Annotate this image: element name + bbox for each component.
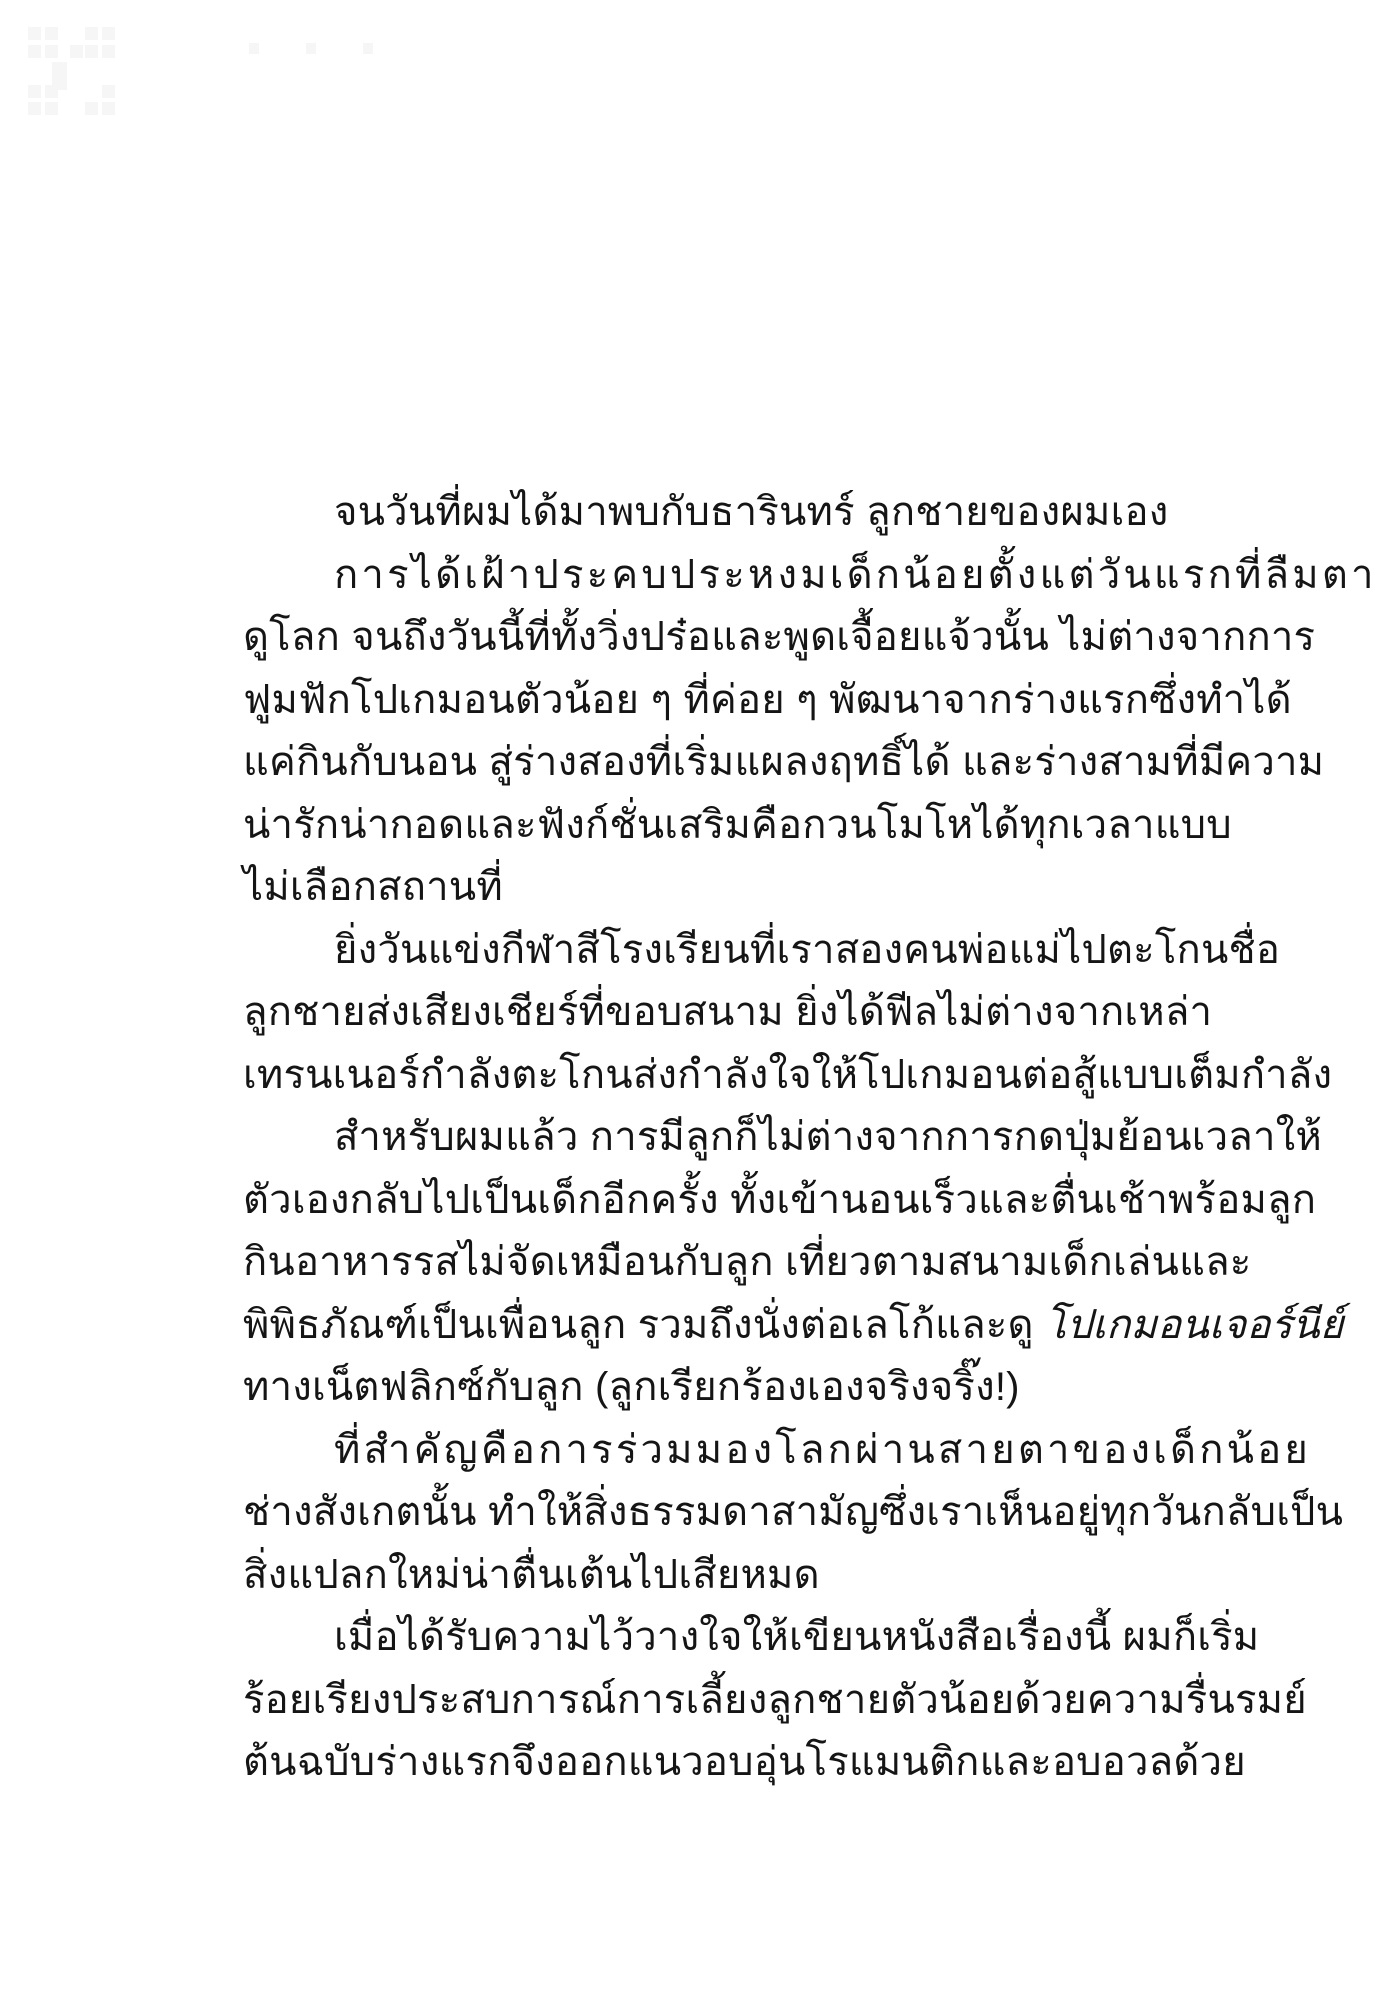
corner-mark xyxy=(45,85,58,98)
book-title-italic: โปเกมอนเจอร์นีย์ xyxy=(1045,1303,1344,1347)
text-line: ช่างสังเกตนั้น ทำให้สิ่งธรรมดาสามัญซึ่งเ… xyxy=(243,1481,1243,1544)
text-line: สำหรับผมแล้ว การมีลูกก็ไม่ต่างจากการกดปุ… xyxy=(243,1106,1243,1169)
text-line: เทรนเนอร์กำลังตะโกนส่งกำลังใจให้โปเกมอนต… xyxy=(243,1044,1243,1107)
text-segment: ยิ่งวันแข่งกีฬาสีโรงเรียนที่เราสองคนพ่อแ… xyxy=(334,928,1280,972)
corner-mark xyxy=(28,85,41,98)
book-page: จนวันที่ผมได้มาพบกับธารินทร์ ลูกชายของผม… xyxy=(0,0,1400,2016)
text-segment: น่ารักน่ากอดและฟังก์ชั่นเสริมคือกวนโมโหไ… xyxy=(243,803,1232,847)
text-segment: ตัวเองกลับไปเป็นเด็กอีกครั้ง ทั้งเข้านอน… xyxy=(243,1178,1316,1222)
text-line: ยิ่งวันแข่งกีฬาสีโรงเรียนที่เราสองคนพ่อแ… xyxy=(243,919,1243,982)
corner-mark xyxy=(28,45,41,58)
text-segment: การได้เฝ้าประคบประหงมเด็กน้อยตั้งแต่วันแ… xyxy=(334,553,1377,597)
text-segment: ร้อยเรียงประสบการณ์การเลี้ยงลูกชายตัวน้อ… xyxy=(243,1678,1307,1722)
text-line: การได้เฝ้าประคบประหงมเด็กน้อยตั้งแต่วันแ… xyxy=(243,544,1243,607)
text-segment: ทางเน็ตฟลิกซ์กับลูก (ลูกเรียกร้องเองจริง… xyxy=(243,1365,1020,1409)
text-line: ลูกชายส่งเสียงเชียร์ที่ขอบสนาม ยิ่งได้ฟี… xyxy=(243,981,1243,1044)
text-line: ต้นฉบับร่างแรกจึงออกแนวอบอุ่นโรแมนติกและ… xyxy=(243,1731,1243,1794)
text-line: ทางเน็ตฟลิกซ์กับลูก (ลูกเรียกร้องเองจริง… xyxy=(243,1356,1243,1419)
text-line: ไม่เลือกสถานที่ xyxy=(243,856,1243,919)
text-segment: ลูกชายส่งเสียงเชียร์ที่ขอบสนาม ยิ่งได้ฟี… xyxy=(243,990,1212,1034)
text-line: ตัวเองกลับไปเป็นเด็กอีกครั้ง ทั้งเข้านอน… xyxy=(243,1169,1243,1232)
text-segment: ไม่เลือกสถานที่ xyxy=(243,865,503,909)
text-segment: เมื่อได้รับความไว้วางใจให้เขียนหนังสือเร… xyxy=(334,1615,1259,1659)
corner-mark xyxy=(70,45,83,58)
text-line: กินอาหารรสไม่จัดเหมือนกับลูก เที่ยวตามสน… xyxy=(243,1231,1243,1294)
text-line: ร้อยเรียงประสบการณ์การเลี้ยงลูกชายตัวน้อ… xyxy=(243,1669,1243,1732)
corner-mark xyxy=(45,27,58,40)
text-line: ฟูมฟักโปเกมอนตัวน้อย ๆ ที่ค่อย ๆ พัฒนาจา… xyxy=(243,669,1243,732)
text-line: น่ารักน่ากอดและฟังก์ชั่นเสริมคือกวนโมโหไ… xyxy=(243,794,1243,857)
corner-mark xyxy=(28,27,41,40)
text-line: จนวันที่ผมได้มาพบกับธารินทร์ ลูกชายของผม… xyxy=(243,481,1243,544)
text-segment: สิ่งแปลกใหม่น่าตื่นเต้นไปเสียหมด xyxy=(243,1553,820,1597)
corner-mark xyxy=(249,43,259,54)
corner-mark xyxy=(85,27,98,40)
text-line: สิ่งแปลกใหม่น่าตื่นเต้นไปเสียหมด xyxy=(243,1544,1243,1607)
text-line: เมื่อได้รับความไว้วางใจให้เขียนหนังสือเร… xyxy=(243,1606,1243,1669)
text-segment: แค่กินกับนอน สู่ร่างสองที่เริ่มแผลงฤทธิ์… xyxy=(243,740,1324,784)
text-line: พิพิธภัณฑ์เป็นเพื่อนลูก รวมถึงนั่งต่อเลโ… xyxy=(243,1294,1243,1357)
corner-mark xyxy=(28,102,41,115)
text-segment: จนวันที่ผมได้มาพบกับธารินทร์ ลูกชายของผม… xyxy=(334,490,1168,534)
corner-mark xyxy=(102,27,115,40)
corner-mark xyxy=(102,85,115,98)
corner-mark xyxy=(85,102,98,115)
corner-mark xyxy=(85,45,98,58)
text-segment: ฟูมฟักโปเกมอนตัวน้อย ๆ ที่ค่อย ๆ พัฒนาจา… xyxy=(243,678,1292,722)
text-segment: ดูโลก จนถึงวันนี้ที่ทั้งวิ่งปร๋อและพูดเจ… xyxy=(243,615,1315,659)
corner-mark xyxy=(102,45,115,58)
text-segment: พิพิธภัณฑ์เป็นเพื่อนลูก รวมถึงนั่งต่อเลโ… xyxy=(243,1303,1045,1347)
text-block: จนวันที่ผมได้มาพบกับธารินทร์ ลูกชายของผม… xyxy=(243,481,1243,1794)
text-segment: กินอาหารรสไม่จัดเหมือนกับลูก เที่ยวตามสน… xyxy=(243,1240,1251,1284)
text-segment: ช่างสังเกตนั้น ทำให้สิ่งธรรมดาสามัญซึ่งเ… xyxy=(243,1490,1343,1534)
corner-mark xyxy=(363,43,373,54)
corner-mark xyxy=(306,43,316,54)
text-segment: ที่สำคัญคือการร่วมมองโลกผ่านสายตาของเด็ก… xyxy=(334,1428,1311,1472)
corner-mark xyxy=(45,102,58,115)
corner-mark xyxy=(45,45,58,58)
text-segment: สำหรับผมแล้ว การมีลูกก็ไม่ต่างจากการกดปุ… xyxy=(334,1115,1322,1159)
text-segment: เทรนเนอร์กำลังตะโกนส่งกำลังใจให้โปเกมอนต… xyxy=(243,1053,1332,1097)
text-segment: ต้นฉบับร่างแรกจึงออกแนวอบอุ่นโรแมนติกและ… xyxy=(243,1740,1246,1784)
corner-mark xyxy=(102,102,115,115)
text-line: ดูโลก จนถึงวันนี้ที่ทั้งวิ่งปร๋อและพูดเจ… xyxy=(243,606,1243,669)
text-line: แค่กินกับนอน สู่ร่างสองที่เริ่มแผลงฤทธิ์… xyxy=(243,731,1243,794)
text-line: ที่สำคัญคือการร่วมมองโลกผ่านสายตาของเด็ก… xyxy=(243,1419,1243,1482)
